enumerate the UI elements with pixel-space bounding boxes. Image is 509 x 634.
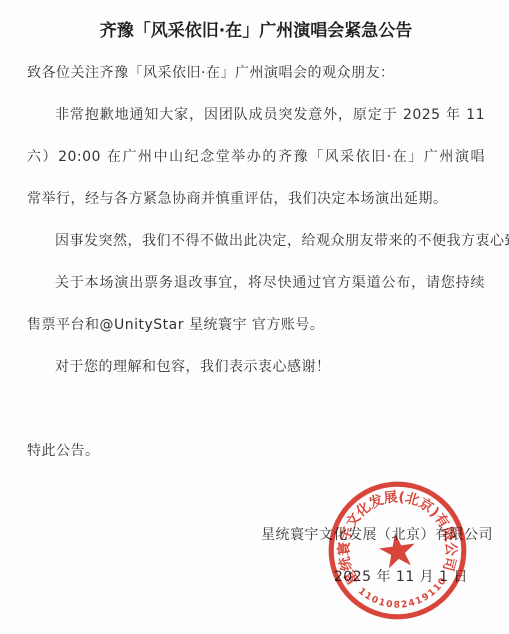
spacer-line [27, 388, 485, 430]
paragraph-3-line-1: 关于本场演出票务退改事宜，将尽快通过官方渠道公布，请您持续关注官方 [27, 262, 485, 304]
paragraph-1-line-3: 常举行，经与各方紧急协商并慎重评估，我们决定本场演出延期。 [27, 178, 485, 220]
document-title: 齐豫「风采依旧·在」广州演唱会紧急公告 [27, 10, 485, 52]
signature-company: 星统寰宇文化发展（北京）有限公司 [27, 514, 493, 556]
signature-date: 2025 年 11 月 1 日 [27, 556, 485, 598]
announcement-page: 齐豫「风采依旧·在」广州演唱会紧急公告 致各位关注齐豫「风采依旧·在」广州演唱会… [0, 0, 509, 634]
paragraph-2-line: 因事发突然，我们不得不做出此决定，给观众朋友带来的不便我方衷心致歉！ [27, 220, 485, 262]
spacer-line [27, 472, 485, 514]
closing-line: 特此公告。 [27, 430, 485, 472]
paragraph-3-line-2: 售票平台和@UnityStar 星统寰宇 官方账号。 [27, 304, 485, 346]
paragraph-4-line: 对于您的理解和包容，我们表示衷心感谢！ [27, 346, 485, 388]
paragraph-1-line-2: 六）20:00 在广州中山纪念堂举办的齐豫「风采依旧·在」广州演唱会，无法正 [27, 136, 485, 178]
paragraph-1-line-1: 非常抱歉地通知大家，因团队成员突发意外，原定于 2025 年 11 月 1 日（… [27, 94, 485, 136]
announcement-body: 齐豫「风采依旧·在」广州演唱会紧急公告 致各位关注齐豫「风采依旧·在」广州演唱会… [27, 10, 485, 598]
salutation-line: 致各位关注齐豫「风采依旧·在」广州演唱会的观众朋友： [27, 52, 485, 94]
